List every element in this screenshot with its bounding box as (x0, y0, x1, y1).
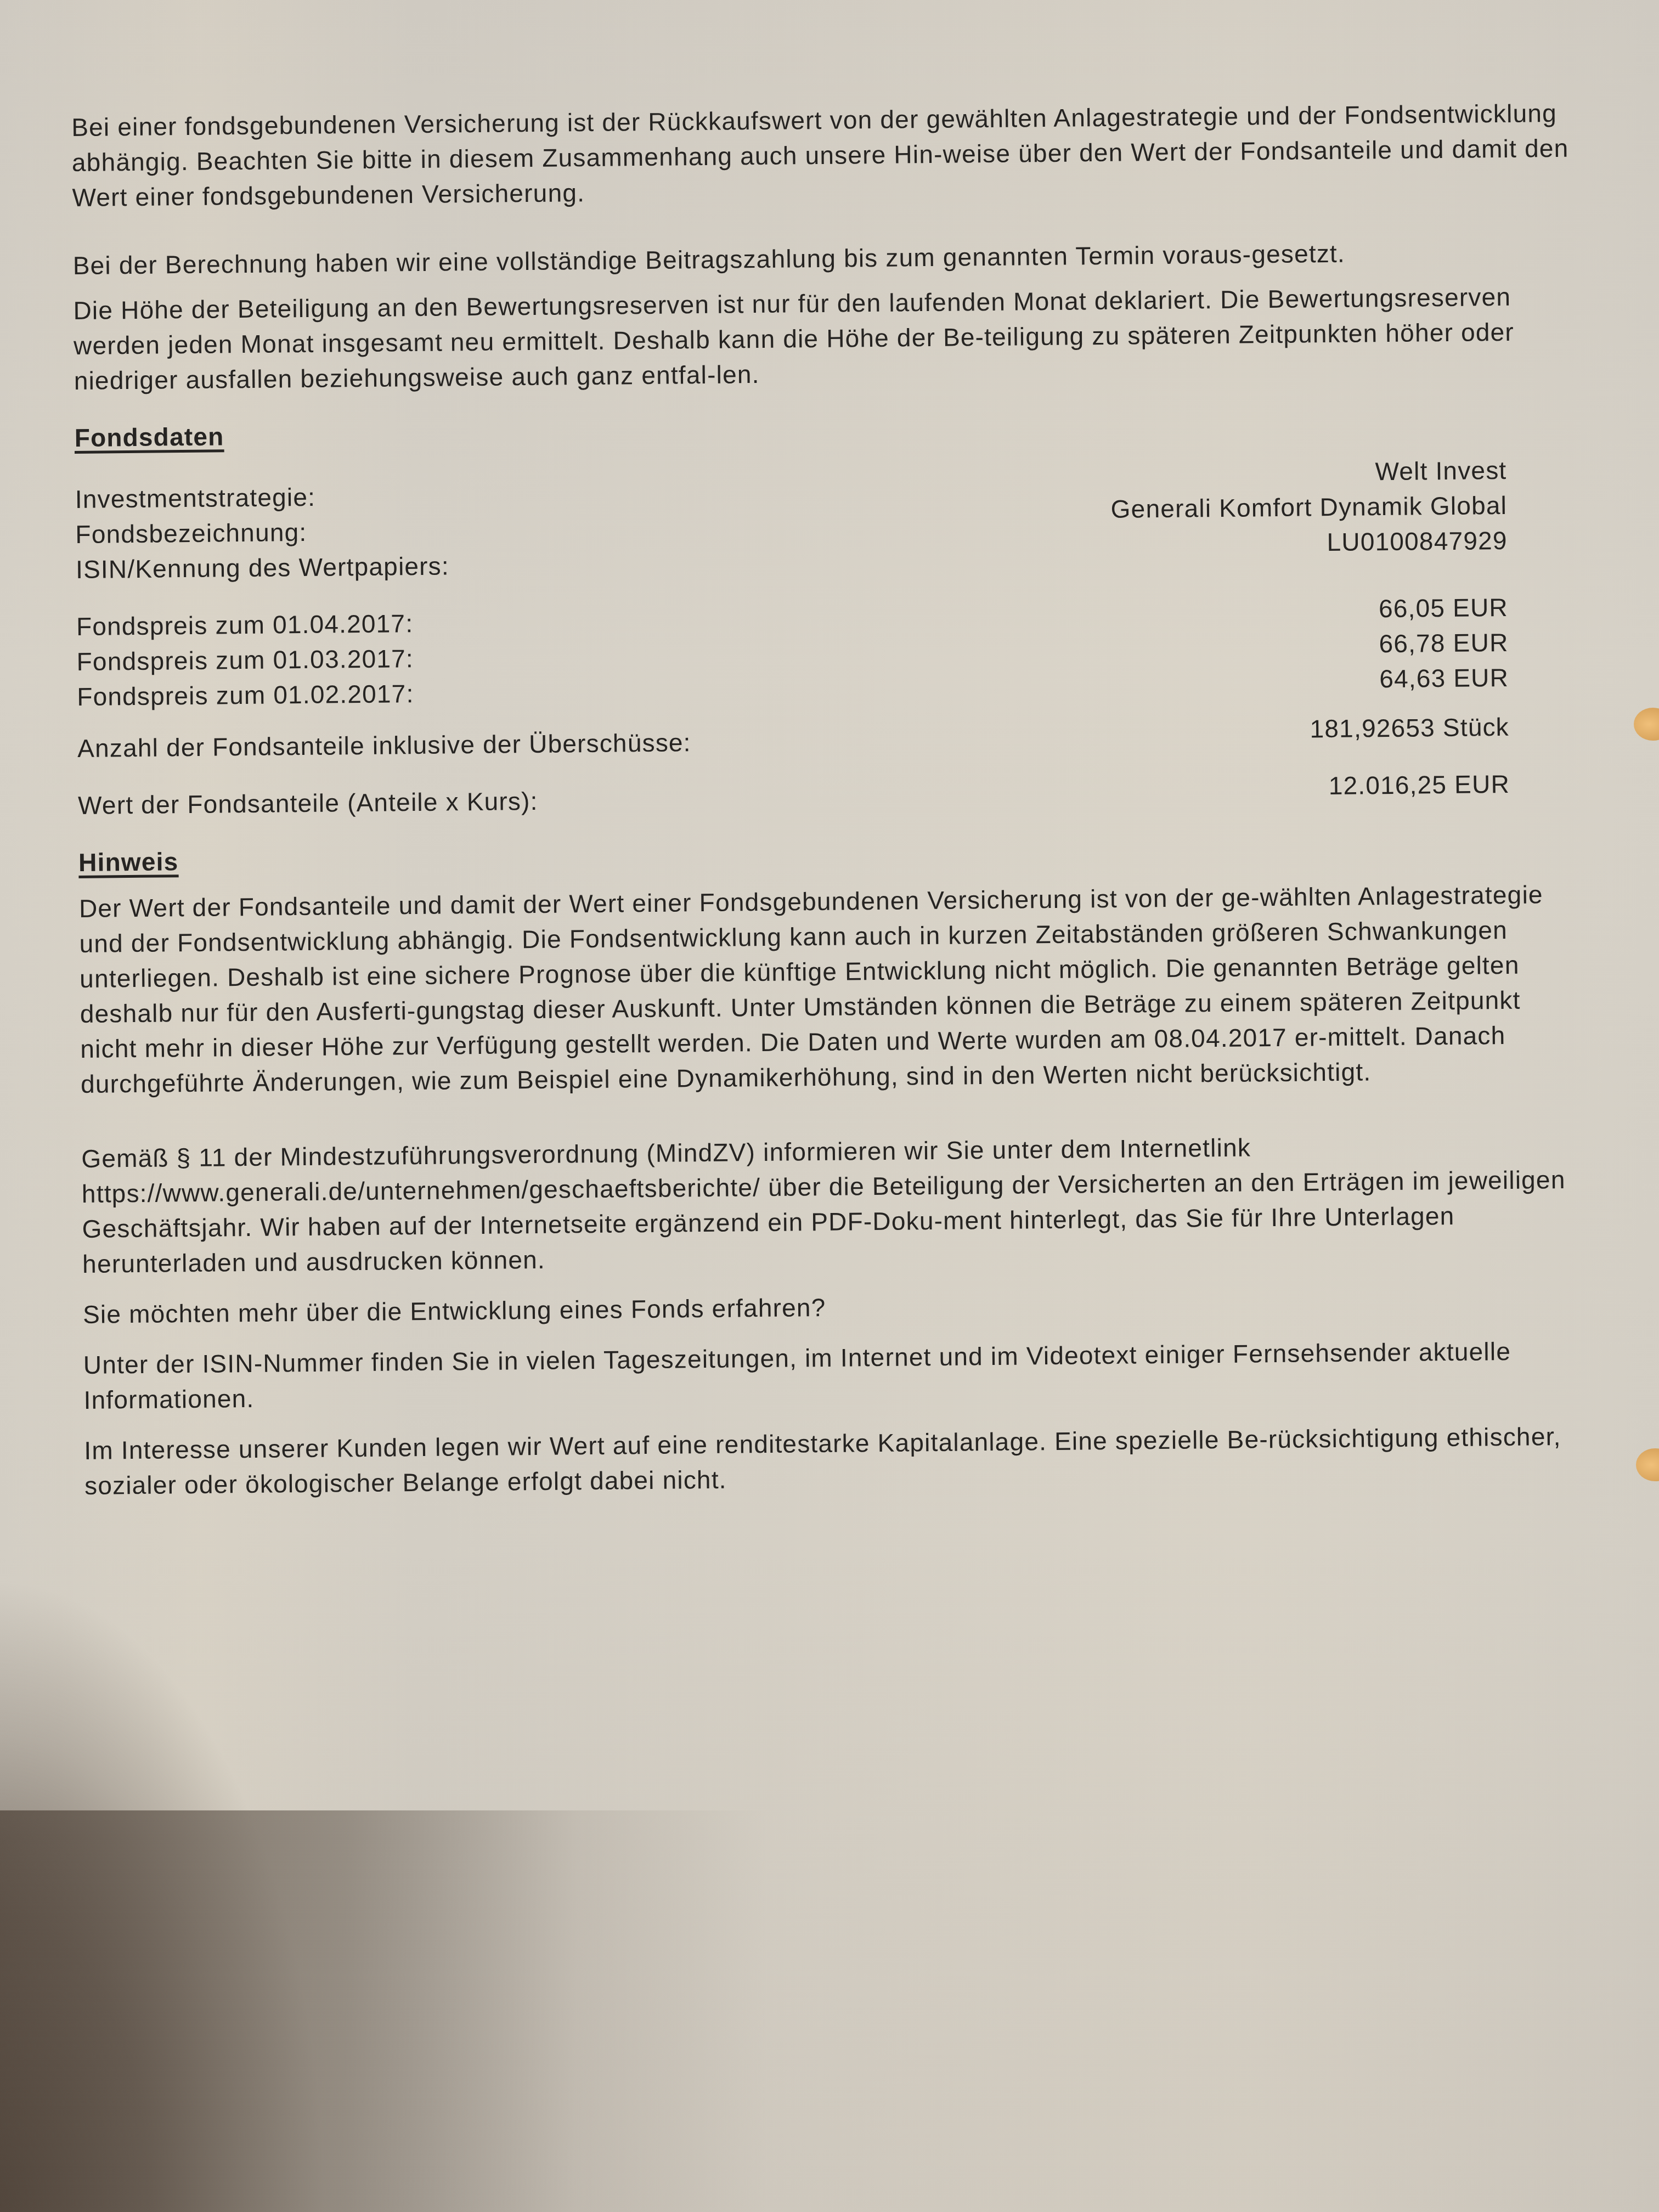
fund-price-label: Fondspreis zum 01.02.2017: (77, 676, 414, 714)
fund-total-row: Wert der Fondsanteile (Anteile x Kurs): … (78, 774, 1510, 823)
hinweis-paragraph: Im Interesse unserer Kunden legen wir We… (84, 1419, 1588, 1503)
fund-info-table: Investmentstrategie: Fondsbezeichnung: I… (75, 453, 1508, 587)
fund-info-value: Generali Komfort Dynamik Global (1110, 488, 1507, 527)
fund-info-label: Investmentstrategie: (75, 478, 449, 517)
fund-units-value: 181,92653 Stück (1310, 709, 1509, 746)
fund-price-label: Fondspreis zum 01.03.2017: (76, 641, 414, 679)
fund-units-label: Anzahl der Fondsanteile inklusive der Üb… (77, 725, 691, 766)
intro-paragraph: Bei der Berechnung haben wir eine vollst… (72, 234, 1576, 283)
fund-price-value: 64,63 EUR (1379, 660, 1509, 696)
fund-units-row: Anzahl der Fondsanteile inklusive der Üb… (77, 717, 1509, 766)
hinweis-heading: Hinweis (78, 844, 179, 880)
hinweis-paragraph: Der Wert der Fondsanteile und damit der … (79, 877, 1584, 1102)
intro-paragraph: Die Höhe der Beteiligung an den Bewertun… (73, 279, 1577, 398)
fund-info-label: ISIN/Kennung des Wertpapiers: (76, 548, 449, 587)
fund-price-label: Fondspreis zum 01.04.2017: (76, 606, 414, 644)
fund-price-table: Fondspreis zum 01.04.2017: Fondspreis zu… (76, 590, 1509, 714)
fund-total-value: 12.016,25 EUR (1328, 766, 1510, 803)
hinweis-paragraph: Sie möchten mehr über die Entwicklung ei… (83, 1283, 1586, 1332)
intro-paragraph: Bei einer fondsgebundenen Versicherung i… (71, 95, 1576, 215)
hinweis-paragraph: Unter der ISIN-Nummer finden Sie in viel… (83, 1333, 1587, 1418)
fund-info-value: LU0100847929 (1111, 523, 1508, 562)
fondsdaten-heading: Fondsdaten (74, 419, 224, 455)
fund-total-label: Wert der Fondsanteile (Anteile x Kurs): (78, 783, 538, 823)
fund-price-value: 66,05 EUR (1379, 590, 1508, 626)
hinweis-paragraph: Gemäß § 11 der Mindestzuführungsverordnu… (81, 1127, 1585, 1282)
document-body: Bei einer fondsgebundenen Versicherung i… (71, 95, 1588, 1523)
fund-price-value: 66,78 EUR (1379, 625, 1508, 661)
fund-info-value: Welt Invest (1110, 453, 1507, 492)
fund-info-label: Fondsbezeichnung: (75, 513, 449, 552)
